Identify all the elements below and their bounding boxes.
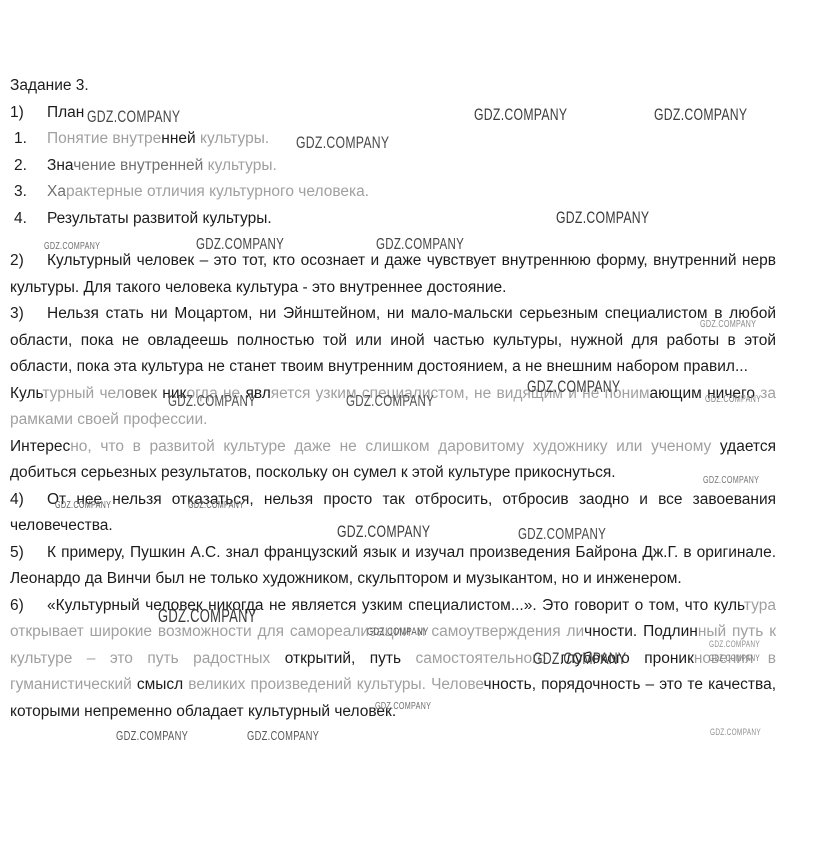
text-run: культуры. — [196, 130, 270, 147]
document-content: Задание 3. 1)План 1.Понятие внутренней к… — [10, 73, 776, 725]
text-run: Зна — [47, 157, 73, 174]
text-run: ник — [162, 385, 186, 402]
plan-item-number: 2. — [10, 153, 47, 180]
text-run: открытий, путь — [285, 650, 416, 667]
text-run: но, что в развитой культуре даже не слиш… — [70, 438, 720, 455]
plan-item-number: 1. — [10, 126, 47, 153]
paragraph-unnumbered-2: Интересно, что в развитой культуре даже … — [10, 434, 776, 487]
paragraph-unnumbered-1: Культурный человек никогда не является у… — [10, 381, 776, 434]
text-run: смысл — [137, 676, 188, 693]
paragraph-number: 4) — [10, 487, 47, 514]
text-run: явл — [245, 385, 270, 402]
text-run: глубокого — [561, 650, 645, 667]
paragraph-number: 5) — [10, 540, 47, 567]
text-run: великих произведений культуры. Челове — [188, 676, 483, 693]
text-run: Ха — [47, 183, 66, 200]
paragraph-text: Культурный человек никогда не является у… — [10, 385, 776, 429]
paragraph-2: 2)Культурный человек – это тот, кто осоз… — [10, 248, 776, 301]
text-run: самостоятельного — [416, 650, 561, 667]
text-run: чность, — [484, 676, 542, 693]
text-run: Интерес — [10, 438, 70, 455]
text-run: Куль — [10, 385, 42, 402]
plan-header-number: 1) — [10, 100, 47, 127]
plan-item-text: Характерные отличия культурного человека… — [47, 183, 369, 200]
text-run: Культурный человек – это тот, кто осозна… — [10, 252, 776, 296]
watermark-text: GDZ.COMPANY — [116, 729, 188, 742]
text-run: культуры. — [208, 157, 277, 174]
plan-item-1: 1.Понятие внутренней культуры. — [10, 126, 776, 153]
text-run: Понятие внутре — [47, 130, 161, 147]
paragraph-6: 6)«Культурный человек никогда не являетс… — [10, 593, 776, 726]
paragraph-number: 6) — [10, 593, 47, 620]
plan-header: 1)План — [10, 100, 776, 127]
paragraph-3: 3)Нельзя стать ни Моцартом, ни Эйнштейно… — [10, 301, 776, 381]
text-run: ничего — [707, 385, 760, 402]
text-run: куль — [714, 597, 744, 614]
plan-item-number: 4. — [10, 206, 47, 233]
text-run: удается — [720, 438, 776, 455]
text-run: проник — [644, 650, 694, 667]
text-run: чение внутренней — [73, 157, 207, 174]
text-run: ающим — [650, 385, 708, 402]
paragraph-4: 4)От нее нельзя отказаться, нельзя прост… — [10, 487, 776, 540]
paragraph-number: 2) — [10, 248, 47, 275]
text-run: Результаты развитой культуры. — [47, 210, 272, 227]
paragraph-text: Нельзя стать ни Моцартом, ни Эйнштейном,… — [10, 305, 776, 375]
text-run: нней — [161, 130, 195, 147]
paragraph-text: «Культурный человек никогда не является … — [10, 597, 776, 720]
watermark-text: GDZ.COMPANY — [710, 728, 761, 737]
paragraph-text: К примеру, Пушкин А.С. знал французский … — [10, 544, 776, 588]
plan-item-text: Понятие внутренней культуры. — [47, 130, 269, 147]
plan-item-number: 3. — [10, 179, 47, 206]
plan-item-text: Результаты развитой культуры. — [47, 210, 272, 227]
paragraph-text: От нее нельзя отказаться, нельзя просто … — [10, 491, 776, 535]
text-run: «Культурный человек никогда не является … — [47, 597, 714, 614]
text-run: яется узким специалистом, не видящим и н… — [271, 385, 650, 402]
plan-header-label: План — [47, 104, 84, 121]
plan-item-4: 4.Результаты развитой культуры. — [10, 206, 776, 233]
text-run: чности. — [584, 623, 643, 640]
text-run: овек — [125, 385, 162, 402]
text-run: Нельзя стать ни Моцартом, ни Эйнштейном,… — [10, 305, 776, 375]
text-run: Подлин — [643, 623, 698, 640]
task-title: Задание 3. — [10, 73, 776, 100]
paragraph-text: Интересно, что в развитой культуре даже … — [10, 438, 776, 482]
text-run: огда не — [186, 385, 245, 402]
paragraph-5: 5)К примеру, Пушкин А.С. знал французски… — [10, 540, 776, 593]
text-run: добиться серьезных результатов, поскольк… — [10, 464, 616, 481]
plan-item-text: Значение внутренней культуры. — [47, 157, 277, 174]
paragraph-number: 3) — [10, 301, 47, 328]
text-run: турный чел — [42, 385, 125, 402]
plan-item-3: 3.Характерные отличия культурного челове… — [10, 179, 776, 206]
text-run: От нее нельзя отказаться, нельзя просто … — [10, 491, 776, 535]
text-run: рактерные отличия культурного человека. — [66, 183, 369, 200]
plan-item-2: 2.Значение внутренней культуры. — [10, 153, 776, 180]
watermark-text: GDZ.COMPANY — [247, 729, 319, 742]
paragraph-text: Культурный человек – это тот, кто осозна… — [10, 252, 776, 296]
document-page: Задание 3. 1)План 1.Понятие внутренней к… — [0, 0, 823, 853]
text-run: К примеру, Пушкин А.С. знал французский … — [10, 544, 776, 588]
